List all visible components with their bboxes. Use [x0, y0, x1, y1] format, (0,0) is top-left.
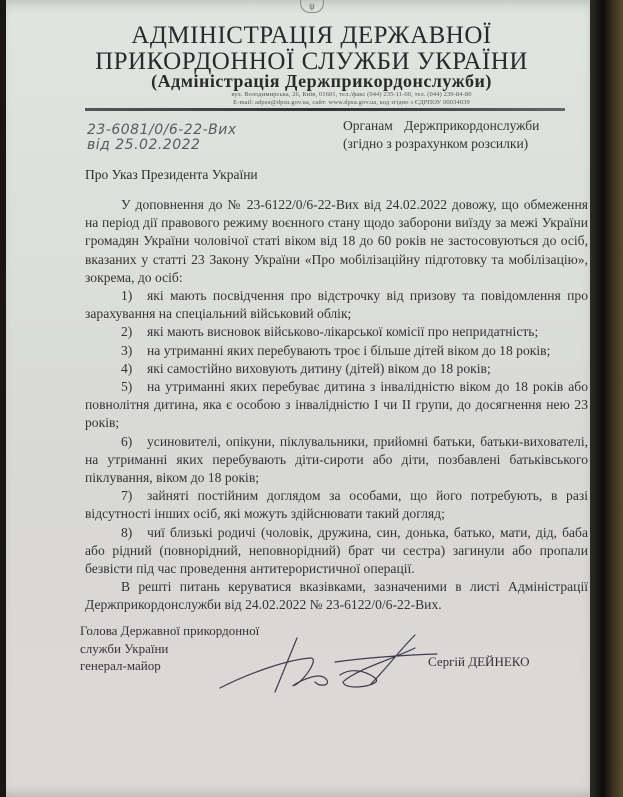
list-item-number: 7) — [121, 487, 147, 505]
list-item-number: 8) — [121, 524, 147, 542]
list-item-number: 6) — [121, 433, 147, 451]
handwritten-signature — [215, 630, 440, 700]
letterhead-line-1: АДМІНІСТРАЦІЯ ДЕРЖАВНОЇ — [0, 22, 623, 50]
list-item-text: на утриманні яких перебувають троє і біл… — [147, 343, 550, 358]
list-item: 8)чиї близькі родичі (чоловік, дружина, … — [85, 524, 588, 579]
letter-body: У доповнення до № 23-6122/0/6-22-Вих від… — [85, 196, 588, 615]
list-item-text: які самостійно виховують дитину (дітей) … — [147, 361, 491, 376]
letterhead-address: вул. Володимирська, 26, Київ, 01601, тел… — [40, 91, 623, 98]
list-item: 3)на утриманні яких перебувають троє і б… — [85, 342, 588, 360]
list-item-text: на утриманні яких перебуває дитина з інв… — [85, 379, 588, 430]
list-item: 2)які мають висновок військово-лікарсько… — [85, 323, 588, 341]
list-item-number: 5) — [121, 378, 147, 396]
list-item: 5)на утриманні яких перебуває дитина з і… — [85, 378, 588, 433]
list-item-text: чиї близькі родичі (чоловік, дружина, си… — [85, 525, 588, 576]
registration-date: від 25.02.2022 — [87, 137, 200, 153]
closing-paragraph: В решті питань керуватися вказівками, за… — [85, 578, 588, 614]
list-item: 1)які мають посвідчення про відстрочку в… — [85, 287, 588, 323]
list-item-text: зайняті постійним доглядом за особами, щ… — [85, 488, 588, 521]
list-item: 6)усиновителі, опікуни, піклувальники, п… — [85, 433, 588, 488]
signatory-name: Сергій ДЕЙНЕКО — [428, 654, 530, 670]
list-item-number: 3) — [121, 342, 147, 360]
list-item: 4)які самостійно виховують дитину (дітей… — [85, 360, 588, 378]
registration-number: 23-6081/0/6-22-Вих — [87, 122, 237, 138]
letter-subject: Про Указ Президента України — [85, 167, 258, 183]
list-item-text: які мають висновок військово-лікарської … — [147, 324, 538, 339]
letterhead-divider — [85, 108, 565, 111]
list-item-text: усиновителі, опікуни, піклувальники, при… — [85, 434, 588, 485]
background-edge — [590, 0, 623, 797]
recipient-line-2: (згідно з розрахунком розсилки) — [343, 136, 528, 152]
intro-paragraph: У доповнення до № 23-6122/0/6-22-Вих від… — [85, 196, 588, 287]
list-item-number: 4) — [121, 360, 147, 378]
list-item-number: 1) — [121, 287, 147, 305]
letterhead-short-name: (Адміністрація Держприкордонслужби) — [10, 71, 623, 92]
recipient-line-1: Органам Держприкордонслужби — [343, 118, 539, 134]
exemption-list: 1)які мають посвідчення про відстрочку в… — [85, 287, 588, 578]
list-item-text: які мають посвідчення про відстрочку від… — [85, 288, 588, 321]
letterhead-contacts: E-mail: adpsu@dpsu.gov.ua, сайт: www.dps… — [40, 99, 623, 106]
list-item: 7)зайняті постійним доглядом за особами,… — [85, 487, 588, 523]
list-item-number: 2) — [121, 323, 147, 341]
